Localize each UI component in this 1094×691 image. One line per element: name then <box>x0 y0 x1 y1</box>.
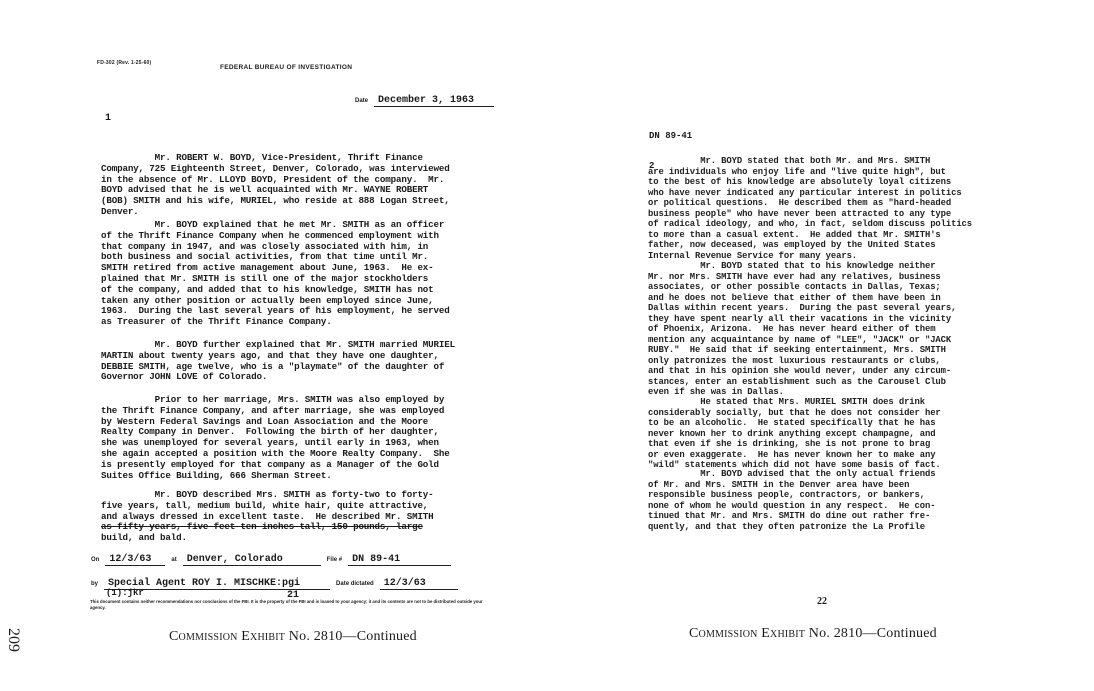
dictated-label: Date dictated <box>336 581 374 587</box>
date-value: December 3, 1963 <box>374 95 494 107</box>
file-ref: DN 89-41 <box>649 131 692 141</box>
paragraph-5: Mr. BOYD described Mrs. SMITH as forty-t… <box>101 490 434 544</box>
dictated-date: 12/3/63 <box>380 578 458 590</box>
by-label: by <box>91 581 98 587</box>
interview-location: Denver, Colorado <box>183 554 321 566</box>
file-number: DN 89-41 <box>348 554 451 566</box>
paragraph-2: Mr. BOYD explained that he met Mr. SMITH… <box>101 220 450 328</box>
right-paragraph-3: He stated that Mrs. MURIEL SMITH does dr… <box>648 397 941 471</box>
exhibit-title-right: Commission Exhibit <box>689 626 805 641</box>
typist-initials: (1):jkr <box>106 588 144 598</box>
agency-header: FEDERAL BUREAU OF INVESTIGATION <box>220 64 352 71</box>
at-label: at <box>171 557 176 563</box>
interview-field-row: On 12/3/63 at Denver, Colorado File # DN… <box>91 554 451 566</box>
paragraph-3: Mr. BOYD further explained that Mr. SMIT… <box>101 340 455 383</box>
agent-field-row: by Special Agent ROY I. MISCHKE:pgi Date… <box>91 578 458 590</box>
disclaimer: This document contains neither recommend… <box>90 599 490 610</box>
interview-date: 12/3/63 <box>105 554 165 566</box>
volume-page-number: 209 <box>4 628 22 652</box>
file-label: File # <box>327 557 342 563</box>
exhibit-caption-right: Commission Exhibit No. 2810—Continued <box>689 626 937 642</box>
exhibit-title-left: Commission Exhibit <box>169 629 285 644</box>
date-label: Date <box>355 98 368 104</box>
paragraph-5-end: build, and bald. <box>101 533 434 544</box>
right-paragraph-4: Mr. BOYD advised that the only actual fr… <box>648 469 935 532</box>
right-paragraph-1: Mr. BOYD stated that both Mr. and Mrs. S… <box>648 156 972 261</box>
document-date: Date December 3, 1963 <box>355 95 494 107</box>
form-number: FD-302 (Rev. 1-25-60) <box>97 60 151 66</box>
page-number-22: 22 <box>817 596 827 607</box>
paragraph-5-text: Mr. BOYD described Mrs. SMITH as forty-t… <box>101 490 434 522</box>
paragraph-1: Mr. ROBERT W. BOYD, Vice-President, Thri… <box>101 153 450 218</box>
right-paragraph-2: Mr. BOYD stated that to his knowledge ne… <box>648 261 956 398</box>
exhibit-number-left: No. 2810—Continued <box>285 629 417 644</box>
exhibit-number-right: No. 2810—Continued <box>805 626 937 641</box>
paragraph-4: Prior to her marriage, Mrs. SMITH was al… <box>101 395 450 481</box>
on-label: On <box>91 557 99 563</box>
page-number-left: 1 <box>105 113 111 124</box>
exhibit-caption-left: Commission Exhibit No. 2810—Continued <box>169 629 417 645</box>
